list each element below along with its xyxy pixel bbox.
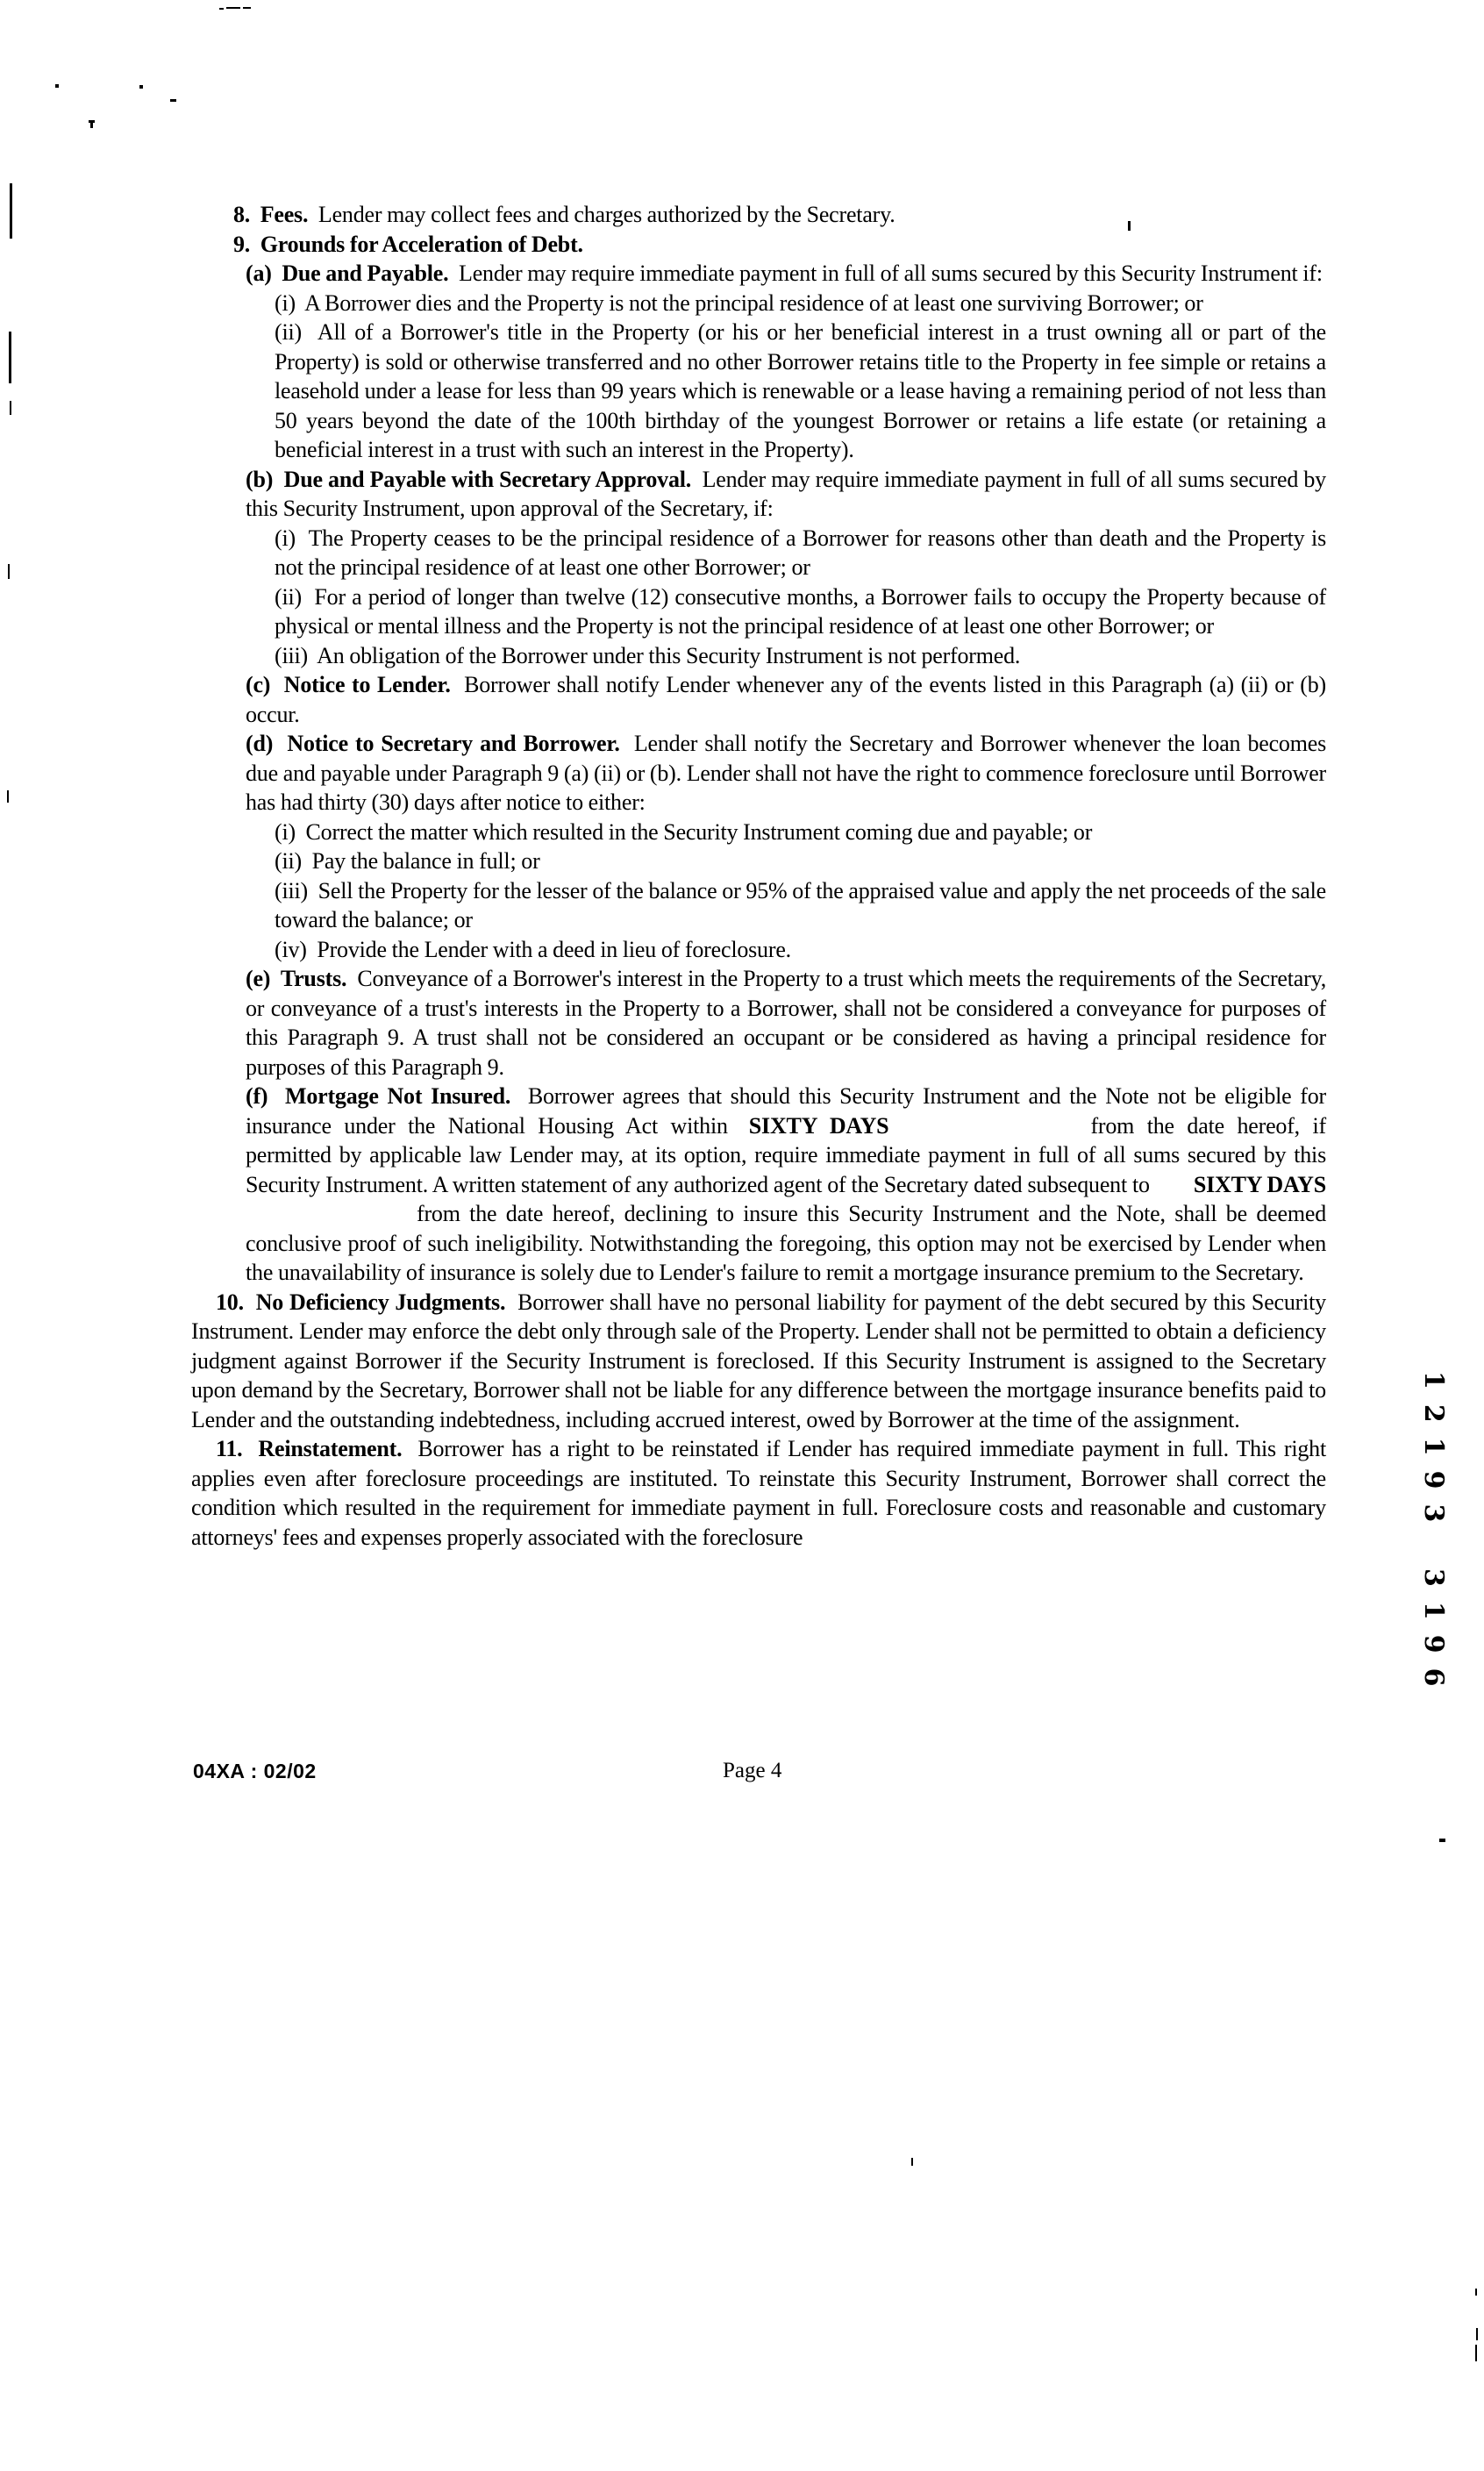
paragraph-text: (i) A Borrower dies and the Property is … — [275, 290, 1203, 316]
paragraph-heading-text: SIXTY DAYS — [1194, 1172, 1326, 1197]
vertical-stamp-digits-top: 12193 — [1420, 1371, 1446, 1537]
scan-speck — [170, 99, 176, 102]
paragraph-heading-text: 9. Grounds for Acceleration of Debt. — [233, 232, 583, 257]
paragraph-heading-text: 11. Reinstatement. — [216, 1436, 402, 1461]
paragraph: (i) A Borrower dies and the Property is … — [275, 289, 1326, 318]
paragraph: 10. No Deficiency Judgments. Borrower sh… — [191, 1288, 1326, 1435]
fill-in-blank-gap — [728, 1132, 749, 1133]
paragraph: (f) Mortgage Not Insured. Borrower agree… — [246, 1082, 1326, 1288]
scan-speck — [911, 2158, 913, 2166]
paragraph: 9. Grounds for Acceleration of Debt. — [191, 230, 1326, 260]
paragraph: (ii) Pay the balance in full; or — [275, 846, 1326, 876]
paragraph: (iii) Sell the Property for the lesser o… — [275, 876, 1326, 935]
scan-speck — [219, 8, 224, 10]
scan-speck — [9, 332, 11, 383]
paragraph-text: (iv) Provide the Lender with a deed in l… — [275, 937, 791, 962]
scan-speck — [243, 7, 251, 9]
paragraph-text: (iii) An obligation of the Borrower unde… — [275, 643, 1020, 668]
scan-speck — [10, 183, 12, 239]
scan-speck — [226, 7, 240, 9]
paragraph: 11. Reinstatement. Borrower has a right … — [191, 1434, 1326, 1552]
document-text-block: 8. Fees. Lender may collect fees and cha… — [191, 200, 1326, 1552]
paragraph-heading-text: (f) Mortgage Not Insured. — [246, 1083, 510, 1109]
paragraph: (a) Due and Payable. Lender may require … — [246, 259, 1326, 289]
paragraph-text: (i) Correct the matter which resulted in… — [275, 819, 1092, 845]
paragraph-text: (ii) All of a Borrower's title in the Pr… — [275, 319, 1326, 462]
paragraph: (i) Correct the matter which resulted in… — [275, 818, 1326, 847]
paragraph: (c) Notice to Lender. Borrower shall not… — [246, 670, 1326, 729]
fill-in-blank-gap — [888, 1132, 1090, 1133]
paragraph-heading-text: SIXTY DAYS — [749, 1113, 889, 1139]
paragraph: (e) Trusts. Conveyance of a Borrower's i… — [246, 964, 1326, 1082]
paragraph-text: (i) The Property ceases to be the princi… — [275, 525, 1326, 581]
paragraph: 8. Fees. Lender may collect fees and cha… — [191, 200, 1326, 230]
paragraph-text: from the date hereof, declining to insur… — [246, 1201, 1326, 1285]
scan-speck — [1476, 2328, 1478, 2340]
paragraph: (ii) For a period of longer than twelve … — [275, 582, 1326, 641]
paragraph-heading-text: (b) Due and Payable with Secretary Appro… — [246, 467, 691, 492]
scan-speck — [1475, 2289, 1477, 2296]
scan-speck — [8, 564, 10, 579]
paragraph-text: (ii) For a period of longer than twelve … — [275, 584, 1326, 639]
paragraph-text: Lender may require immediate payment in … — [448, 261, 1322, 286]
paragraph: (iv) Provide the Lender with a deed in l… — [275, 935, 1326, 965]
paragraph-heading-text: (e) Trusts. — [246, 966, 346, 991]
scan-speck — [10, 401, 11, 415]
footer-page-number: Page 4 — [723, 1759, 781, 1783]
paragraph-heading-text: (d) Notice to Secretary and Borrower. — [246, 731, 620, 756]
paragraph-text: (iii) Sell the Property for the lesser o… — [275, 878, 1326, 933]
fill-in-blank-gap — [246, 1220, 417, 1221]
paragraph-text: (ii) Pay the balance in full; or — [275, 848, 540, 874]
paragraph-text: Lender may collect fees and charges auth… — [308, 202, 895, 227]
scan-speck — [139, 85, 143, 89]
scan-speck — [1128, 221, 1131, 231]
footer-form-code: 04XA : 02/02 — [193, 1760, 317, 1783]
paragraph-heading-text: (c) Notice to Lender. — [246, 672, 451, 697]
scan-speck — [90, 123, 93, 128]
paragraph: (i) The Property ceases to be the princi… — [275, 524, 1326, 582]
fill-in-blank-gap — [1150, 1191, 1194, 1192]
paragraph-text: Conveyance of a Borrower's interest in t… — [246, 966, 1326, 1080]
paragraph: (b) Due and Payable with Secretary Appro… — [246, 465, 1326, 524]
paragraph: (d) Notice to Secretary and Borrower. Le… — [246, 729, 1326, 818]
paragraph-heading-text: 8. Fees. — [233, 202, 308, 227]
scan-speck — [55, 84, 59, 88]
paragraph: (ii) All of a Borrower's title in the Pr… — [275, 318, 1326, 465]
scan-speck — [7, 790, 9, 803]
scan-speck — [1475, 2345, 1477, 2361]
paragraph-heading-text: (a) Due and Payable. — [246, 261, 448, 286]
scanned-document-page: 8. Fees. Lender may collect fees and cha… — [0, 0, 1484, 2471]
paragraph-heading-text: 10. No Deficiency Judgments. — [216, 1289, 505, 1315]
scan-speck — [1439, 1839, 1445, 1842]
paragraph: (iii) An obligation of the Borrower unde… — [275, 641, 1326, 671]
vertical-stamp-digits-bottom: 3196 — [1420, 1568, 1446, 1702]
